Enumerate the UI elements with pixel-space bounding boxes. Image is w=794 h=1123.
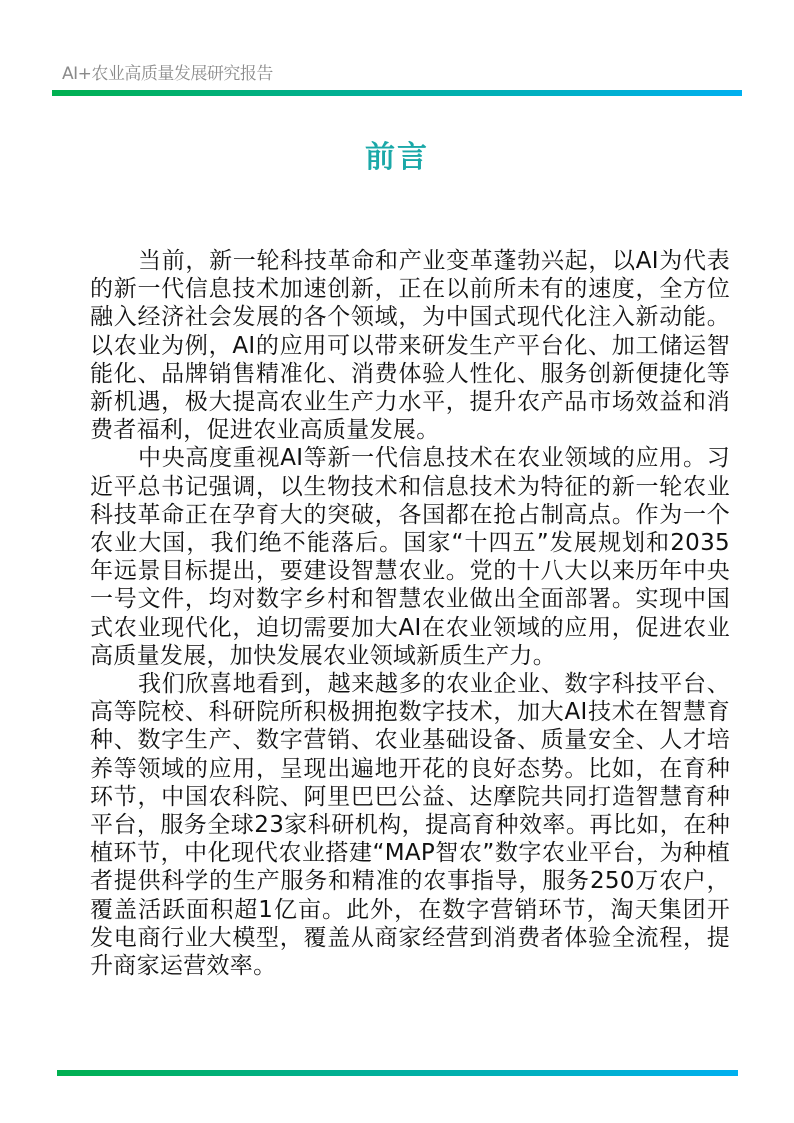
report-header-title: AI+农业高质量发展研究报告 [62, 64, 273, 84]
page-title: 前言 [0, 138, 794, 178]
preface-body: 当前，新一轮科技革命和产业变革蓬勃兴起，以AI为代表的新一代信息技术加速创新，正… [90, 247, 730, 980]
paragraph-2: 中央高度重视AI等新一代信息技术在农业领域的应用。习近平总书记强调，以生物技术和… [90, 444, 730, 670]
paragraph-3: 我们欣喜地看到，越来越多的农业企业、数字科技平台、高等院校、科研院所积极拥抱数字… [90, 670, 730, 980]
header-divider-bar [52, 90, 742, 96]
paragraph-1: 当前，新一轮科技革命和产业变革蓬勃兴起，以AI为代表的新一代信息技术加速创新，正… [90, 247, 730, 444]
footer-divider-bar [57, 1070, 738, 1076]
